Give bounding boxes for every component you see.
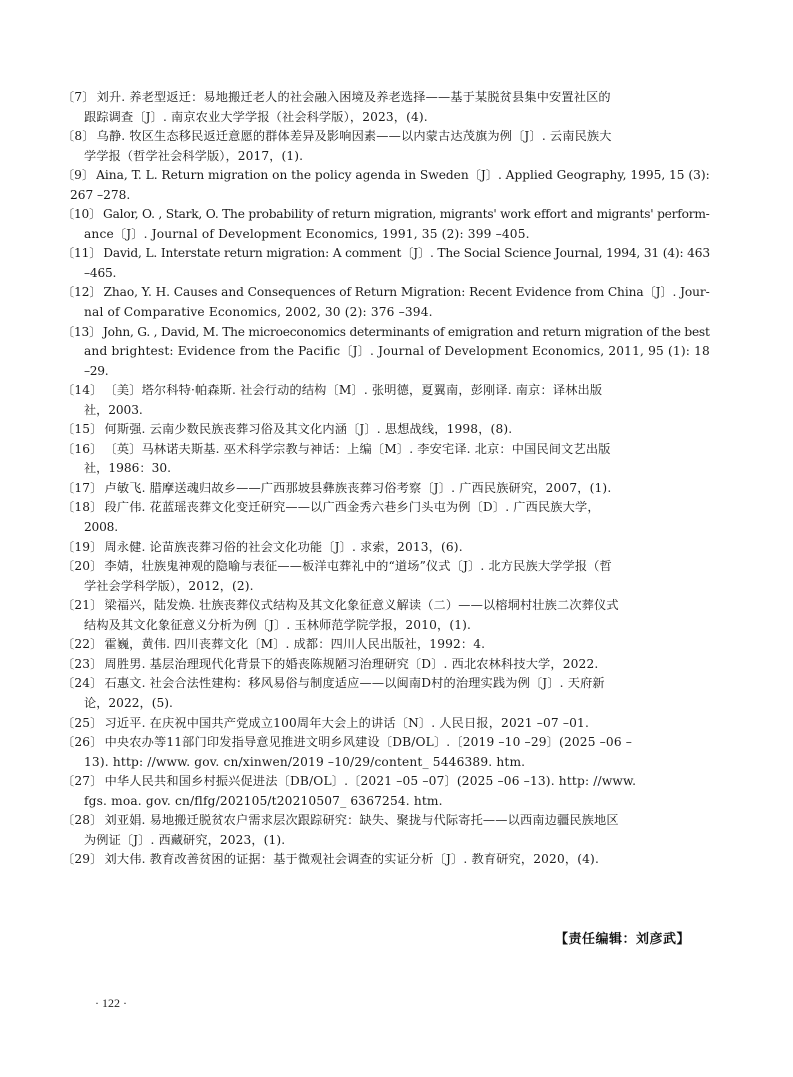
reference-text: 中央农办等11部门印发指导意见推进文明乡风建设〔DB/OL〕.〔2019 –10… [105, 735, 633, 749]
reference-item: 〔24〕石惠文. 社会合法性建构：移风易俗与制度适应——以闽南D村的治理实践为例… [62, 674, 712, 713]
reference-item: 〔10〕Galor, O. , Stark, O. The probabilit… [62, 205, 712, 244]
reference-item: 〔11〕David, L. Interstate return migratio… [62, 244, 712, 283]
page-number: · 122 · [95, 996, 127, 1011]
reference-continuation-line: 结构及其文化象征意义分析为例〔J〕. 玉林师范学院学报，2010，(1). [62, 616, 712, 636]
reference-first-line: 〔23〕周胜男. 基层治理现代化背景下的婚丧陈规陋习治理研究〔D〕. 西北农林科… [62, 655, 712, 675]
reference-number: 〔12〕 [62, 283, 102, 303]
reference-first-line: 〔26〕中央农办等11部门印发指导意见推进文明乡风建设〔DB/OL〕.〔2019… [62, 733, 712, 753]
reference-continuation-line: ance〔J〕. Journal of Development Economic… [62, 225, 712, 245]
reference-continuation-line: and brightest: Evidence from the Pacific… [62, 342, 712, 362]
reference-text: 李婧，壮族鬼神观的隐喻与表征——板洋屯葬礼中的“道场”仪式〔J〕. 北方民族大学… [105, 559, 612, 573]
reference-text: Galor, O. , Stark, O. The probability of… [103, 207, 710, 221]
reference-number: 〔22〕 [62, 635, 102, 655]
reference-continuation-line: 学社会学科学版），2012，(2). [62, 577, 712, 597]
reference-first-line: 〔7〕刘升. 养老型返迁：易地搬迁老人的社会融入困境及养老选择——基于某脱贫县集… [62, 88, 712, 108]
reference-continuation-line: –465. [62, 264, 712, 284]
reference-number: 〔19〕 [62, 538, 102, 558]
reference-first-line: 〔18〕段广伟. 花蓝瑶丧葬文化变迁研究——以广西金秀六巷乡门头屯为例〔D〕. … [62, 498, 712, 518]
reference-text: 周永健. 论苗族丧葬习俗的社会文化功能〔J〕. 求索，2013，(6). [104, 540, 462, 554]
reference-continuation-line: 学学报（哲学社会科学版），2017，(1). [62, 147, 712, 167]
reference-number: 〔29〕 [62, 850, 103, 870]
reference-number: 〔13〕 [62, 323, 101, 343]
reference-number: 〔25〕 [62, 714, 103, 734]
reference-first-line: 〔8〕乌静. 牧区生态移民返迁意愿的群体差异及影响因素——以内蒙古达茂旗为例〔J… [62, 127, 712, 147]
reference-item: 〔23〕周胜男. 基层治理现代化背景下的婚丧陈规陋习治理研究〔D〕. 西北农林科… [62, 655, 712, 675]
reference-text: John, G. , David, M. The microeconomics … [103, 325, 710, 339]
reference-item: 〔27〕中华人民共和国乡村振兴促进法〔DB/OL〕.〔2021 –05 –07〕… [62, 772, 712, 811]
reference-text: 周胜男. 基层治理现代化背景下的婚丧陈规陋习治理研究〔D〕. 西北农林科技大学，… [105, 657, 599, 671]
reference-first-line: 〔19〕周永健. 论苗族丧葬习俗的社会文化功能〔J〕. 求索，2013，(6). [62, 538, 712, 558]
reference-number: 〔27〕 [62, 772, 103, 792]
reference-item: 〔21〕梁福兴，陆发焕. 壮族丧葬仪式结构及其文化象征意义解读（二）——以榕垌村… [62, 596, 712, 635]
reference-first-line: 〔20〕李婧，壮族鬼神观的隐喻与表征——板洋屯葬礼中的“道场”仪式〔J〕. 北方… [62, 557, 712, 577]
reference-item: 〔7〕刘升. 养老型返迁：易地搬迁老人的社会融入困境及养老选择——基于某脱贫县集… [62, 88, 712, 127]
reference-number: 〔8〕 [62, 127, 95, 147]
reference-item: 〔29〕刘大伟. 教育改善贫困的证据：基于微观社会调查的实证分析〔J〕. 教育研… [62, 850, 712, 870]
reference-continuation-line: 论，2022，(5). [62, 694, 712, 714]
reference-number: 〔15〕 [62, 420, 103, 440]
reference-number: 〔16〕 [62, 440, 103, 460]
reference-continuation-line: 社，2003. [62, 401, 712, 421]
reference-continuation-line: 13). http: //www. gov. cn/xinwen/2019 –1… [62, 753, 712, 773]
reference-text: David, L. Interstate return migration: A… [103, 246, 710, 260]
reference-text: 何斯强. 云南少数民族丧葬习俗及其文化内涵〔J〕. 思想战线，1998，(8). [105, 422, 513, 436]
reference-item: 〔16〕〔英〕马林诺夫斯基. 巫术科学宗教与神话：上编〔M〕. 李安宅译. 北京… [62, 440, 712, 479]
reference-continuation-line: 跟踪调查〔J〕. 南京农业大学学报（社会科学版），2023，(4). [62, 108, 712, 128]
reference-item: 〔26〕中央农办等11部门印发指导意见推进文明乡风建设〔DB/OL〕.〔2019… [62, 733, 712, 772]
reference-item: 〔19〕周永健. 论苗族丧葬习俗的社会文化功能〔J〕. 求索，2013，(6). [62, 538, 712, 558]
reference-first-line: 〔12〕Zhao, Y. H. Causes and Consequences … [62, 283, 712, 303]
reference-continuation-line: nal of Comparative Economics, 2002, 30 (… [62, 303, 712, 323]
reference-first-line: 〔16〕〔英〕马林诺夫斯基. 巫术科学宗教与神话：上编〔M〕. 李安宅译. 北京… [62, 440, 712, 460]
reference-number: 〔18〕 [62, 498, 103, 518]
reference-number: 〔17〕 [62, 479, 103, 499]
reference-first-line: 〔22〕霍巍，黄伟. 四川丧葬文化〔M〕. 成都：四川人民出版社，1992：4. [62, 635, 712, 655]
reference-text: 刘大伟. 教育改善贫困的证据：基于微观社会调查的实证分析〔J〕. 教育研究，20… [105, 852, 599, 866]
reference-text: 石惠文. 社会合法性建构：移风易俗与制度适应——以闽南D村的治理实践为例〔J〕.… [105, 676, 605, 690]
reference-item: 〔13〕John, G. , David, M. The microeconom… [62, 323, 712, 382]
reference-text: 卢敏飞. 腊摩送魂归故乡——广西那坡县彝族丧葬习俗考察〔J〕. 广西民族研究，2… [105, 481, 612, 495]
reference-first-line: 〔27〕中华人民共和国乡村振兴促进法〔DB/OL〕.〔2021 –05 –07〕… [62, 772, 712, 792]
reference-number: 〔11〕 [62, 244, 101, 264]
reference-number: 〔20〕 [62, 557, 103, 577]
reference-first-line: 〔14〕〔美〕塔尔科特·帕森斯. 社会行动的结构〔M〕. 张明德，夏翼南，彭刚译… [62, 381, 712, 401]
reference-text: 梁福兴，陆发焕. 壮族丧葬仪式结构及其文化象征意义解读（二）——以榕垌村壮族二次… [105, 598, 619, 612]
reference-item: 〔15〕何斯强. 云南少数民族丧葬习俗及其文化内涵〔J〕. 思想战线，1998，… [62, 420, 712, 440]
reference-first-line: 〔17〕卢敏飞. 腊摩送魂归故乡——广西那坡县彝族丧葬习俗考察〔J〕. 广西民族… [62, 479, 712, 499]
reference-item: 〔8〕乌静. 牧区生态移民返迁意愿的群体差异及影响因素——以内蒙古达茂旗为例〔J… [62, 127, 712, 166]
reference-text: 刘亚娟. 易地搬迁脱贫农户需求层次跟踪研究：缺失、聚拢与代际寄托——以西南边疆民… [105, 813, 619, 827]
reference-first-line: 〔10〕Galor, O. , Stark, O. The probabilit… [62, 205, 712, 225]
reference-number: 〔9〕 [62, 166, 94, 186]
reference-number: 〔23〕 [62, 655, 103, 675]
reference-number: 〔26〕 [62, 733, 103, 753]
reference-text: 霍巍，黄伟. 四川丧葬文化〔M〕. 成都：四川人民出版社，1992：4. [104, 637, 485, 651]
reference-item: 〔20〕李婧，壮族鬼神观的隐喻与表征——板洋屯葬礼中的“道场”仪式〔J〕. 北方… [62, 557, 712, 596]
reference-text: 刘升. 养老型返迁：易地搬迁老人的社会融入困境及养老选择——基于某脱贫县集中安置… [97, 90, 611, 104]
reference-first-line: 〔24〕石惠文. 社会合法性建构：移风易俗与制度适应——以闽南D村的治理实践为例… [62, 674, 712, 694]
reference-continuation-line: 267 –278. [62, 186, 712, 206]
reference-item: 〔28〕刘亚娟. 易地搬迁脱贫农户需求层次跟踪研究：缺失、聚拢与代际寄托——以西… [62, 811, 712, 850]
reference-first-line: 〔21〕梁福兴，陆发焕. 壮族丧葬仪式结构及其文化象征意义解读（二）——以榕垌村… [62, 596, 712, 616]
reference-first-line: 〔9〕Aina, T. L. Return migration on the p… [62, 166, 712, 186]
reference-text: Aina, T. L. Return migration on the poli… [96, 168, 710, 182]
responsible-editor: 【责任编辑：刘彦武】 [555, 928, 690, 947]
reference-item: 〔18〕段广伟. 花蓝瑶丧葬文化变迁研究——以广西金秀六巷乡门头屯为例〔D〕. … [62, 498, 712, 537]
reference-text: 中华人民共和国乡村振兴促进法〔DB/OL〕.〔2021 –05 –07〕(202… [105, 774, 637, 788]
reference-item: 〔14〕〔美〕塔尔科特·帕森斯. 社会行动的结构〔M〕. 张明德，夏翼南，彭刚译… [62, 381, 712, 420]
reference-text: 习近平. 在庆祝中国共产党成立100周年大会上的讲话〔N〕. 人民日报，2021… [105, 716, 589, 730]
reference-text: Zhao, Y. H. Causes and Consequences of R… [104, 285, 710, 299]
reference-item: 〔22〕霍巍，黄伟. 四川丧葬文化〔M〕. 成都：四川人民出版社，1992：4. [62, 635, 712, 655]
reference-number: 〔24〕 [62, 674, 103, 694]
reference-first-line: 〔13〕John, G. , David, M. The microeconom… [62, 323, 712, 343]
reference-text: 〔美〕塔尔科特·帕森斯. 社会行动的结构〔M〕. 张明德，夏翼南，彭刚译. 南京… [105, 383, 603, 397]
reference-text: 段广伟. 花蓝瑶丧葬文化变迁研究——以广西金秀六巷乡门头屯为例〔D〕. 广西民族… [105, 500, 600, 514]
reference-number: 〔14〕 [62, 381, 103, 401]
reference-first-line: 〔25〕习近平. 在庆祝中国共产党成立100周年大会上的讲话〔N〕. 人民日报，… [62, 714, 712, 734]
reference-first-line: 〔29〕刘大伟. 教育改善贫困的证据：基于微观社会调查的实证分析〔J〕. 教育研… [62, 850, 712, 870]
reference-number: 〔7〕 [62, 88, 95, 108]
reference-first-line: 〔15〕何斯强. 云南少数民族丧葬习俗及其文化内涵〔J〕. 思想战线，1998，… [62, 420, 712, 440]
reference-continuation-line: 2008. [62, 518, 712, 538]
reference-continuation-line: 为例证〔J〕. 西藏研究，2023，(1). [62, 831, 712, 851]
reference-text: 乌静. 牧区生态移民返迁意愿的群体差异及影响因素——以内蒙古达茂旗为例〔J〕. … [97, 129, 612, 143]
reference-item: 〔25〕习近平. 在庆祝中国共产党成立100周年大会上的讲话〔N〕. 人民日报，… [62, 714, 712, 734]
reference-first-line: 〔11〕David, L. Interstate return migratio… [62, 244, 712, 264]
reference-number: 〔21〕 [62, 596, 103, 616]
reference-item: 〔9〕Aina, T. L. Return migration on the p… [62, 166, 712, 205]
reference-list: 〔7〕刘升. 养老型返迁：易地搬迁老人的社会融入困境及养老选择——基于某脱贫县集… [62, 88, 712, 870]
reference-number: 〔10〕 [62, 205, 101, 225]
reference-continuation-line: 社，1986：30. [62, 459, 712, 479]
reference-continuation-line: fgs. moa. gov. cn/flfg/202105/t20210507_… [62, 792, 712, 812]
reference-continuation-line: –29. [62, 362, 712, 382]
reference-number: 〔28〕 [62, 811, 103, 831]
reference-item: 〔17〕卢敏飞. 腊摩送魂归故乡——广西那坡县彝族丧葬习俗考察〔J〕. 广西民族… [62, 479, 712, 499]
reference-item: 〔12〕Zhao, Y. H. Causes and Consequences … [62, 283, 712, 322]
reference-first-line: 〔28〕刘亚娟. 易地搬迁脱贫农户需求层次跟踪研究：缺失、聚拢与代际寄托——以西… [62, 811, 712, 831]
reference-text: 〔英〕马林诺夫斯基. 巫术科学宗教与神话：上编〔M〕. 李安宅译. 北京：中国民… [105, 442, 611, 456]
